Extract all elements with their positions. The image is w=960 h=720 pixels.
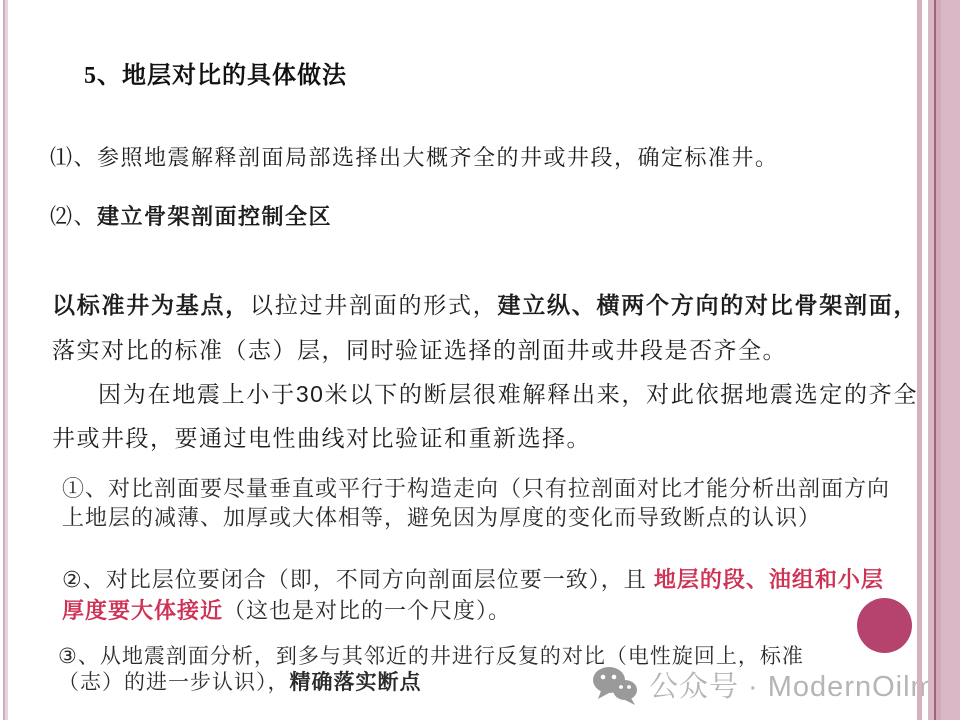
note-2-post: （这也是对比的一个尺度）。 (223, 598, 511, 623)
note-2-pre: ②、对比层位要闭合（即，不同方向剖面层位要一致），且 (62, 567, 654, 592)
watermark: 公众号 · ModernOilmen (591, 664, 960, 705)
skeleton-profile-paragraph: 以标准井为基点，以拉过井剖面的形式，建立纵、横两个方向的对比骨架剖面，落实对比的… (52, 283, 918, 373)
para1-bold-run-1: 以标准井为基点， (52, 292, 250, 318)
presentation-slide: 5、地层对比的具体做法 ⑴、参照地震解释剖面局部选择出大概齐全的井或井段，确定标… (0, 0, 960, 720)
right-border-band-shade (936, 0, 941, 720)
seismic-fault-paragraph: 因为在地震上小于30米以下的断层很难解释出来，对此依据地震选定的齐全井或井段，要… (52, 372, 918, 460)
note-3-bold: 精确落实断点 (290, 671, 422, 694)
step-1-line: ⑴、参照地震解释剖面局部选择出大概齐全的井或井段，确定标准井。 (50, 141, 779, 172)
left-border-stripe-light (5, 0, 8, 720)
para1-bold-run-2: 建立纵、横两个方向的对比骨架剖面， (498, 292, 919, 318)
para1-normal-run-2: 落实对比的标准（志）层，同时验证选择的剖面井或井段是否齐全。 (52, 337, 787, 363)
step-2-marker: ⑵、 (50, 204, 97, 229)
step-2-label: 建立骨架剖面控制全区 (97, 204, 332, 229)
watermark-text: 公众号 · ModernOilmen (649, 664, 960, 705)
note-1: ①、对比剖面要尽量垂直或平行于构造走向（只有拉剖面对比才能分析出剖面方向上地层的… (62, 474, 896, 532)
right-border-stripe-thin (917, 0, 922, 720)
slide-title: 5、地层对比的具体做法 (84, 55, 347, 90)
note-2: ②、对比层位要闭合（即，不同方向剖面层位要一致），且 地层的段、油组和小层厚度要… (62, 564, 896, 626)
step-1-text: ⑴、参照地震解释剖面局部选择出大概齐全的井或井段，确定标准井。 (50, 145, 779, 170)
accent-circle (857, 598, 912, 653)
step-2-line: ⑵、建立骨架剖面控制全区 (50, 200, 332, 231)
para1-normal-run-1: 以拉过井剖面的形式， (250, 292, 498, 318)
wechat-icon (591, 665, 639, 705)
right-border-band (928, 0, 960, 720)
